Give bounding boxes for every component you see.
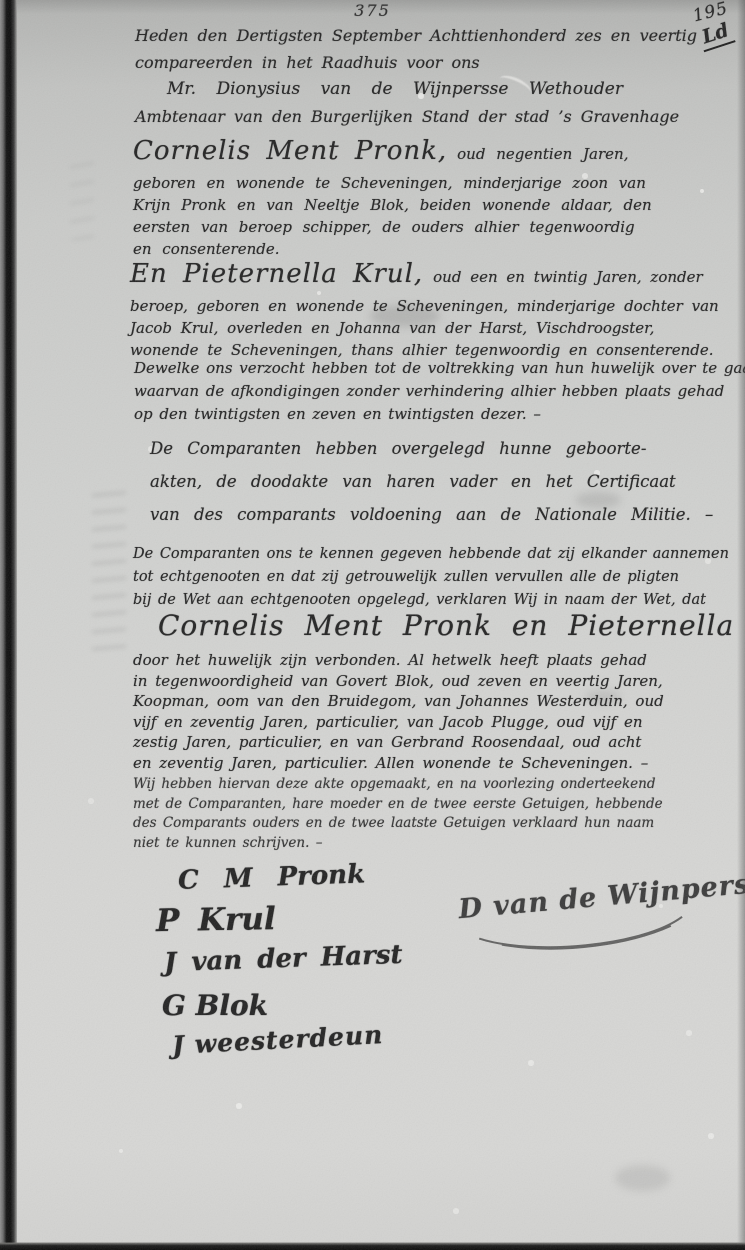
act-line: Ambtenaar van den Burgerlijken Stand der… [135, 103, 735, 130]
act-line: Heden den Dertigsten September Achttienh… [135, 22, 735, 49]
act-line: niet te kunnen schrijven. – [133, 834, 733, 854]
scan-edge-right [737, 0, 745, 1250]
act-line: compareerden in het Raadhuis voor ons [135, 49, 735, 76]
act-line: De Comparanten ons te kennen gegeven heb… [133, 543, 739, 566]
bride-age: oud een en twintig Jaren, zonder [423, 268, 703, 286]
act-line: eersten van beroep schipper, de ouders a… [133, 216, 739, 238]
act-line: akten, de doodakte van haren vader en he… [150, 465, 740, 498]
act-line: Wij hebben hiervan deze akte opgemaakt, … [133, 775, 733, 795]
act-line: in tegenwoordigheid van Govert Blok, oud… [133, 671, 739, 692]
marriage-act-scan: 375 195 Ld Heden den Dertigsten Septembe… [0, 0, 745, 1250]
signature-witness2: J weesterdeun [171, 1019, 403, 1060]
act-line: zestig Jaren, particulier, en van Gerbra… [133, 732, 739, 753]
groom-name-line: Cornelis Ment Pronk,oud negentien Jaren, [133, 133, 739, 172]
scan-edge-left [0, 0, 17, 1250]
ink-bleed-through [70, 150, 94, 240]
groom-paragraph: Cornelis Ment Pronk,oud negentien Jaren,… [133, 133, 739, 260]
act-line: beroep, geboren en wonende te Schevening… [130, 295, 738, 317]
signature-groom: C M Pronk [178, 858, 403, 896]
ink-bleed-through [92, 480, 126, 660]
groom-age: oud negentien Jaren, [447, 145, 628, 163]
act-line: Jacob Krul, overleden en Johanna van der… [130, 317, 738, 339]
opening-paragraph: Heden den Dertigsten September Achttienh… [135, 22, 735, 130]
bride-paragraph: En Pieternella Krul,oud een en twintig J… [130, 256, 738, 361]
witnesses-paragraph: door het huwelijk zijn verbonden. Al het… [133, 650, 739, 773]
groom-name: Cornelis Ment Pronk, [133, 136, 447, 166]
official-name-line: Mr. Dionysius van de Wijnpersse Wethoude… [135, 76, 735, 103]
bride-name-line: En Pieternella Krul,oud een en twintig J… [130, 256, 738, 295]
act-line: Krijn Pronk en van Neeltje Blok, beiden … [133, 194, 739, 216]
documents-paragraph: De Comparanten hebben overgelegd hunne g… [150, 432, 740, 531]
act-line: geboren en wonende te Scheveningen, mind… [133, 172, 739, 194]
act-line: waarvan de afkondigingen zonder verhinde… [134, 380, 734, 403]
act-line: tot echtgenooten en dat zij getrouwelijk… [133, 566, 739, 589]
act-line: op den twintigsten en zeven en twintigst… [134, 403, 734, 426]
scan-edge-top [0, 0, 745, 14]
act-line: Koopman, oom van den Bruidegom, van Joha… [133, 691, 739, 712]
signature-mother: J van der Harst [164, 940, 403, 978]
couple-names-line: Cornelis Ment Pronk en Pieternella Krul [158, 605, 745, 647]
signature-column: C M Pronk P Krul J van der Harst G Blok … [178, 862, 403, 1054]
act-line: vijf en zeventig Jaren, particulier, van… [133, 712, 739, 733]
act-line: des Comparants ouders en de twee laatste… [133, 814, 733, 834]
act-line: door het huwelijk zijn verbonden. Al het… [133, 650, 739, 671]
signature-bride: P Krul [156, 899, 403, 939]
banns-paragraph: Dewelke ons verzocht hebben tot de voltr… [134, 357, 734, 426]
act-line: Dewelke ons verzocht hebben tot de voltr… [134, 357, 734, 380]
closing-paragraph: Wij hebben hiervan deze akte opgemaakt, … [133, 775, 733, 853]
act-line: van des comparants voldoening aan de Nat… [150, 498, 740, 531]
signature-official: D van de Wijnpersse [457, 866, 745, 925]
act-line: met de Comparanten, hare moeder en de tw… [133, 795, 733, 815]
scan-edge-bottom [0, 1242, 745, 1250]
ink-smudge [615, 1165, 670, 1191]
signature-witness1: G Blok [162, 989, 403, 1022]
declaration-paragraph: De Comparanten ons te kennen gegeven heb… [133, 543, 739, 612]
bride-name: En Pieternella Krul, [130, 259, 423, 289]
act-line: De Comparanten hebben overgelegd hunne g… [150, 432, 740, 465]
act-line: en zeventig Jaren, particulier. Allen wo… [133, 753, 739, 774]
